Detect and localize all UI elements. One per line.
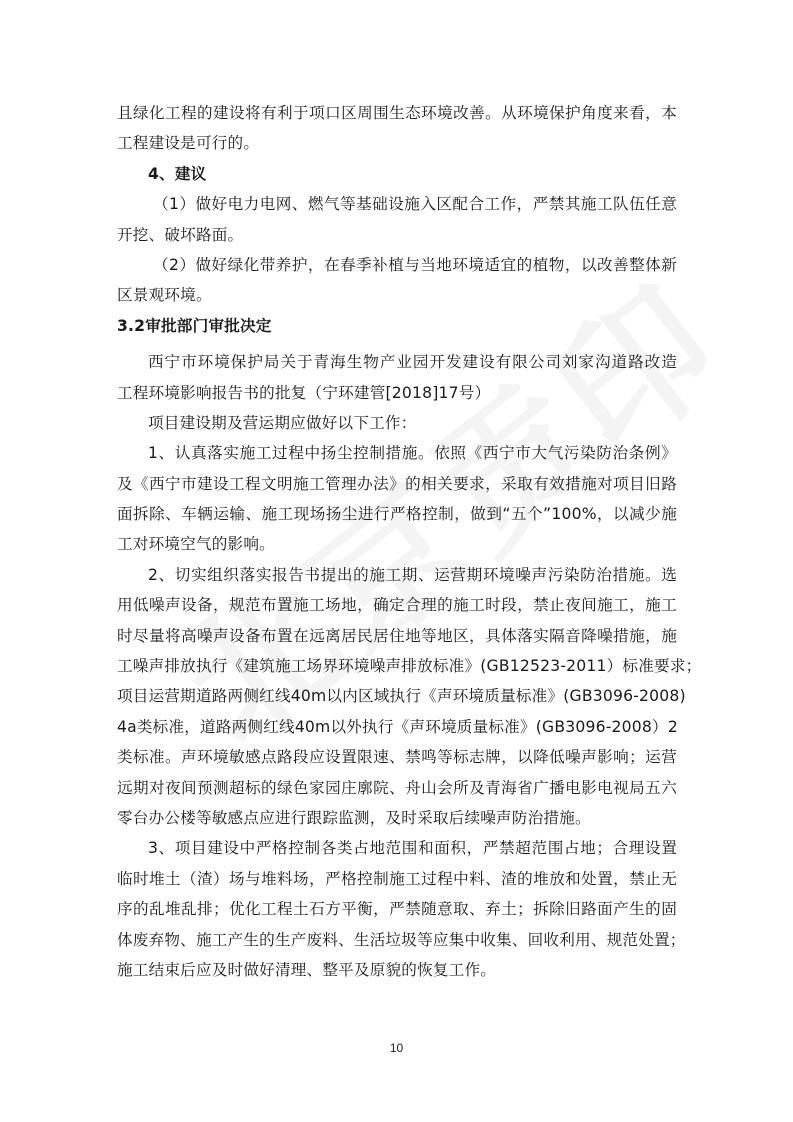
paragraph-line: 零台办公楼等敏感点应进行跟踪监测，及时采取后续噪声防治措施。: [117, 803, 677, 833]
paragraph-line: 施工结束后应及时做好清理、整平及原貌的恢复工作。: [117, 955, 677, 985]
paragraph-line: 时尽量将高噪声设备布置在远离居民居住地等地区，具体落实隔音降噪措施，施: [117, 621, 677, 651]
paragraph-line: 面拆除、车辆运输、施工现场扬尘进行严格控制，做到“五个”100%，以减少施: [117, 499, 677, 529]
paragraph-line: 及《西宁市建设工程文明施工管理办法》的相关要求，采取有效措施对项目旧路: [117, 469, 677, 499]
paragraph-line: 项目建设期及营运期应做好以下工作：: [117, 408, 677, 438]
paragraph-line: 2、切实组织落实报告书提出的施工期、运营期环境噪声污染防治措施。选: [117, 560, 677, 590]
paragraph-line: 序的乱堆乱排；优化工程土石方平衡，严禁随意取、弃土；拆除旧路面产生的固: [117, 894, 677, 924]
paragraph-line: 远期对夜间预测超标的绿色家园庄廓院、舟山会所及青海省广播电影电视局五六: [117, 773, 677, 803]
paragraph-line: （1）做好电力电网、燃气等基础设施入区配合工作，严禁其施工队伍任意: [117, 189, 677, 219]
paragraph-line: 西宁市环境保护局关于青海生物产业园开发建设有限公司刘家沟道路改造: [117, 347, 677, 377]
paragraph-line: 4a类标准，道路两侧红线40m以外执行《声环境质量标准》(GB3096-2008…: [117, 712, 677, 742]
paragraph-line: 工程建设是可行的。: [117, 128, 677, 158]
paragraph-line: 且绿化工程的建设将有利于项口区周围生态环境改善。从环境保护角度来看，本: [117, 98, 677, 128]
paragraph-line: 3、项目建设中严格控制各类占地范围和面积，严禁超范围占地；合理设置: [117, 833, 677, 863]
paragraph-line: 开挖、破坏路面。: [117, 220, 677, 250]
section-heading-suggestions: 4、建议: [117, 159, 677, 189]
paragraph-line: 体废弃物、施工产生的生产废料、生活垃圾等应集中收集、回收利用、规范处置；: [117, 925, 677, 955]
paragraph-line: 区景观环境。: [117, 280, 677, 310]
section-heading-approval-decision: 3.2审批部门审批决定: [117, 311, 677, 341]
page-number: 10: [0, 1041, 793, 1055]
paragraph-line: 1、认真落实施工过程中扬尘控制措施。依照《西宁市大气污染防治条例》: [117, 438, 677, 468]
page-body: 且绿化工程的建设将有利于项口区周围生态环境改善。从环境保护角度来看，本 工程建设…: [117, 98, 677, 985]
paragraph-line: 用低噪声设备，规范布置施工场地，确定合理的施工时段，禁止夜间施工，施工: [117, 590, 677, 620]
paragraph-line: 类标准。声环境敏感点路段应设置限速、禁鸣等标志牌，以降低噪声影响；运营: [117, 742, 677, 772]
paragraph-line: 工程环境影响报告书的批复（宁环建管[2018]17号）: [117, 378, 677, 408]
paragraph-line: 项目运营期道路两侧红线40m以内区域执行《声环境质量标准》(GB3096-200…: [117, 681, 677, 711]
paragraph-line: 临时堆土（渣）场与堆料场，严格控制施工过程中料、渣的堆放和处置，禁止无: [117, 864, 677, 894]
document-page: 北京贡印 且绿化工程的建设将有利于项口区周围生态环境改善。从环境保护角度来看，本…: [0, 0, 793, 1122]
paragraph-line: 工噪声排放执行《建筑施工场界环境噪声排放标准》(GB12523-2011）标准要…: [117, 651, 677, 681]
paragraph-line: 工对环境空气的影响。: [117, 529, 677, 559]
paragraph-line: （2）做好绿化带养护，在春季补植与当地环境适宜的植物，以改善整体新: [117, 250, 677, 280]
